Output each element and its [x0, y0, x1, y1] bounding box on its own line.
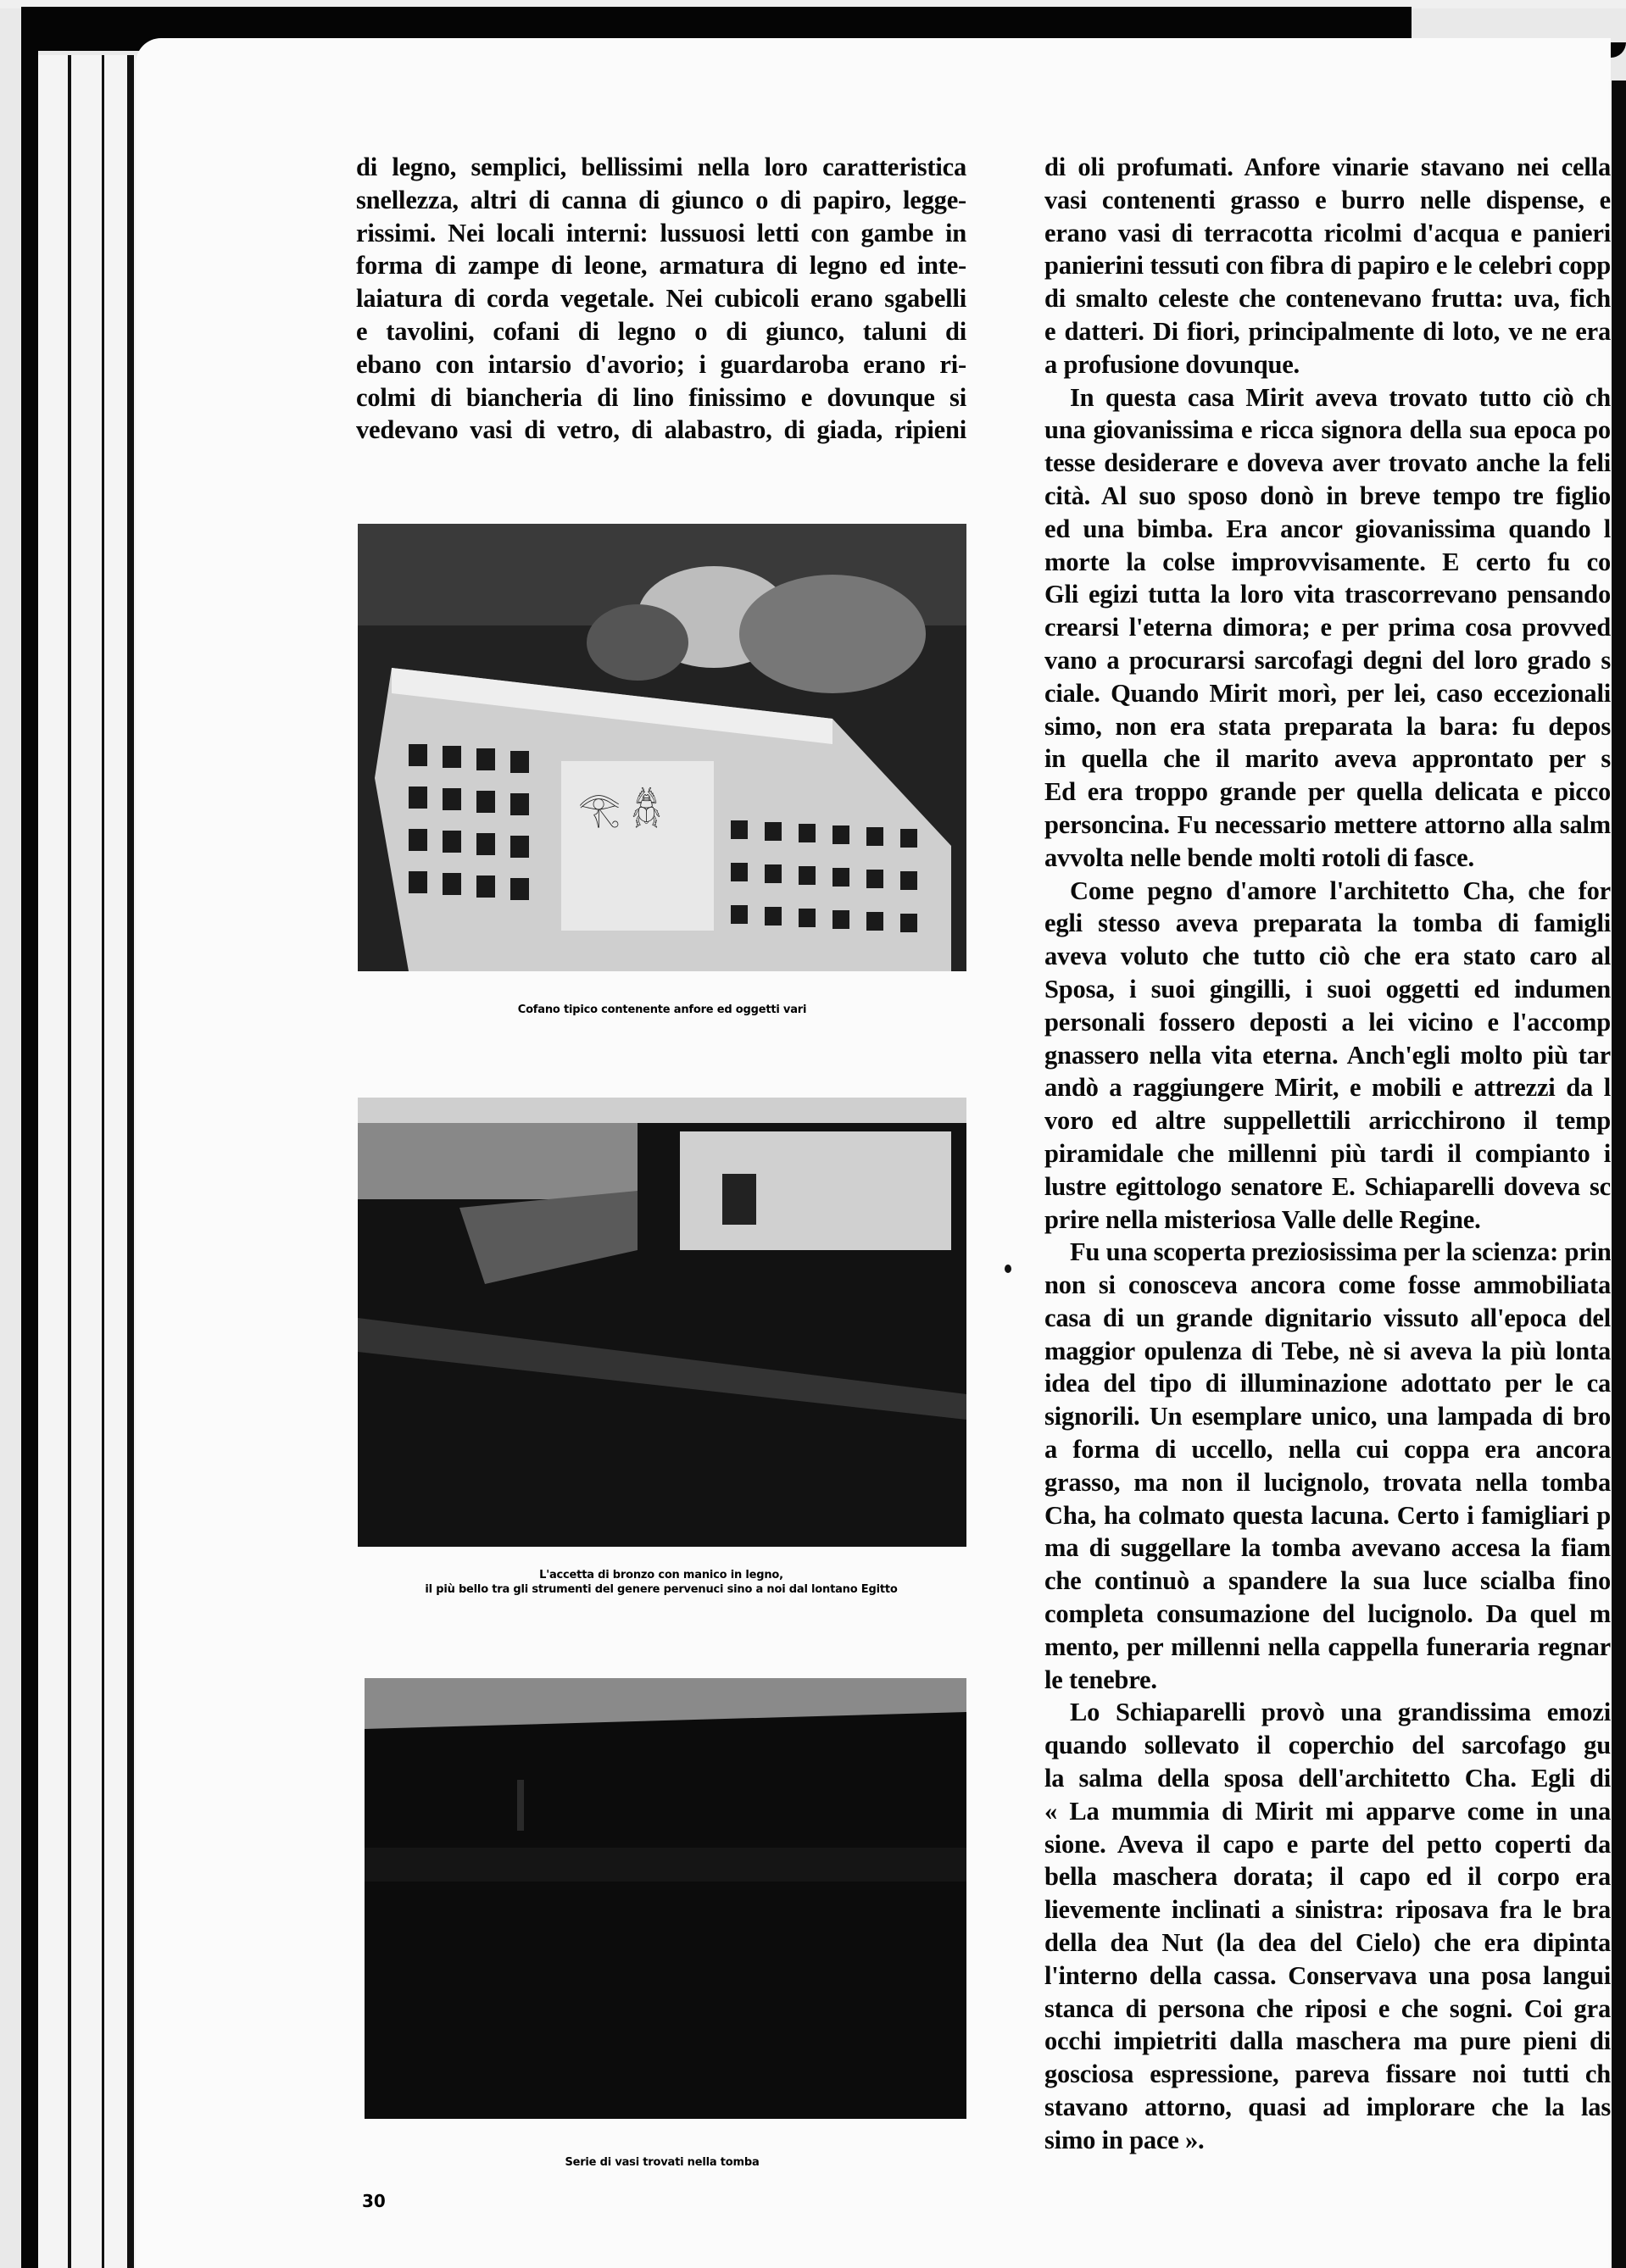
page-number: 30 — [362, 2191, 386, 2211]
text-line: grasso, ma non il lucignolo, trovata nel… — [1044, 1466, 1611, 1499]
text-line: di oli profumati. Anfore vinarie stavano… — [1044, 151, 1611, 184]
text-line: signorili. Un esemplare unico, una lampa… — [1044, 1400, 1611, 1433]
chest-photo-illustration: 𓂀 𓆣 — [358, 524, 966, 971]
book-page-edges — [38, 55, 136, 2268]
text-line: e datteri. Di fiori, principalmente di l… — [1044, 315, 1611, 348]
svg-text:𓂀 𓆣: 𓂀 𓆣 — [578, 787, 661, 829]
text-line: di legno, semplici, bellissimi nella lor… — [356, 151, 966, 184]
text-line: Fu una scoperta preziosissima per la sci… — [1044, 1236, 1611, 1269]
text-line: lievemente inclinati a sinistra: riposav… — [1044, 1893, 1611, 1926]
text-line: della dea Nut (la dea del Cielo) che era… — [1044, 1926, 1611, 1959]
text-line: panierini tessuti con fibra di papiro e … — [1044, 249, 1611, 282]
photo-chest-with-amphorae: 𓂀 𓆣 — [358, 524, 966, 971]
text-line: piramidale che millenni più tardi il com… — [1044, 1137, 1611, 1170]
text-line: voro ed altre suppellettili arricchirono… — [1044, 1104, 1611, 1137]
figure-caption-line: il più bello tra gli strumenti del gener… — [322, 1582, 1000, 1597]
text-line: completa consumazione del lucignolo. Da … — [1044, 1598, 1611, 1631]
text-line: aveva voluto che tutto ciò che era stato… — [1044, 940, 1611, 973]
text-line: vedevano vasi di vetro, di alabastro, di… — [356, 414, 966, 447]
text-line: a forma di uccello, nella cui coppa era … — [1044, 1433, 1611, 1466]
text-line: cità. Al suo sposo donò in breve tempo t… — [1044, 480, 1611, 513]
text-line: laiatura di corda vegetale. Nei cubicoli… — [356, 282, 966, 315]
text-line: « La mummia di Mirit mi apparve come in … — [1044, 1795, 1611, 1828]
text-line: gnassero nella vita eterna. Anch'egli mo… — [1044, 1039, 1611, 1072]
text-line: Lo Schiaparelli provò una grandissima em… — [1044, 1696, 1611, 1729]
text-line: lustre egittologo senatore E. Schiaparel… — [1044, 1170, 1611, 1203]
text-line: erano vasi di terracotta ricolmi d'acqua… — [1044, 217, 1611, 250]
text-line: mento, per millenni nella cappella funer… — [1044, 1631, 1611, 1664]
text-line: andò a raggiungere Mirit, e mobili e att… — [1044, 1071, 1611, 1104]
text-line: che continuò a spandere la sua luce scia… — [1044, 1565, 1611, 1598]
vases-photo-illustration — [365, 1678, 966, 2119]
text-line: Gli egizi tutta la loro vita trascorreva… — [1044, 578, 1611, 611]
text-line: personcina. Fu necessario mettere attorn… — [1044, 809, 1611, 842]
text-line: ma di suggellare la tomba avevano accesa… — [1044, 1531, 1611, 1565]
text-line: colmi di biancheria di lino finissimo e … — [356, 381, 966, 414]
text-line: ed una bimba. Era ancor giovanissima qua… — [1044, 513, 1611, 546]
text-line: quando sollevato il coperchio del sarcof… — [1044, 1729, 1611, 1762]
left-text-column: di legno, semplici, bellissimi nella lor… — [356, 151, 966, 447]
photo-vases-in-tomb — [365, 1678, 966, 2119]
text-line: gosciosa espressione, pareva fissare noi… — [1044, 2058, 1611, 2091]
text-line: in quella che il marito aveva approntato… — [1044, 742, 1611, 775]
scan-frame-left — [21, 7, 38, 2268]
text-line: forma di zampe di leone, armatura di leg… — [356, 249, 966, 282]
text-line: una giovanissima e ricca signora della s… — [1044, 414, 1611, 447]
figure-caption-line: L'accetta di bronzo con manico in legno, — [322, 1568, 1000, 1582]
text-line: occhi impietriti dalla maschera ma pure … — [1044, 2025, 1611, 2058]
figure-caption: Cofano tipico contenente anfore ed ogget… — [358, 1003, 966, 1016]
text-line: avvolta nelle bende molti rotoli di fasc… — [1044, 842, 1611, 875]
right-text-column: di oli profumati. Anfore vinarie stavano… — [1044, 151, 1611, 2157]
text-line: bella maschera dorata; il capo ed il cor… — [1044, 1860, 1611, 1893]
text-line: ebano con intarsio d'avorio; i guardarob… — [356, 348, 966, 381]
photo-bronze-axe — [358, 1098, 966, 1547]
text-line: prire nella misteriosa Valle delle Regin… — [1044, 1203, 1611, 1237]
page-edge-line — [68, 55, 71, 2268]
text-line: morte la colse improvvisamente. E certo … — [1044, 546, 1611, 579]
text-line: maggior opulenza di Tebe, nè si aveva la… — [1044, 1335, 1611, 1368]
text-line: e tavolini, cofani di legno o di giunco,… — [356, 315, 966, 348]
page-edge-line — [127, 55, 134, 2268]
text-line: Sposa, i suoi gingilli, i suoi oggetti e… — [1044, 973, 1611, 1006]
text-line: rissimi. Nei locali interni: lussuosi le… — [356, 217, 966, 250]
text-line: idea del tipo di illuminazione adottato … — [1044, 1367, 1611, 1400]
text-line: In questa casa Mirit aveva trovato tutto… — [1044, 381, 1611, 414]
text-line: non si conosceva ancora come fosse ammob… — [1044, 1269, 1611, 1302]
text-line: l'interno della cassa. Conservava una po… — [1044, 1959, 1611, 1993]
text-line: egli stesso aveva preparata la tomba di … — [1044, 907, 1611, 940]
text-line: ciale. Quando Mirit morì, per lei, caso … — [1044, 677, 1611, 710]
axe-photo-illustration — [358, 1098, 966, 1547]
text-line: crearsi l'eterna dimora; e per prima cos… — [1044, 611, 1611, 644]
text-line: vano a procurarsi sarcofagi degni del lo… — [1044, 644, 1611, 677]
figure-caption: L'accetta di bronzo con manico in legno,… — [322, 1568, 1000, 1597]
text-line: vasi contenenti grasso e burro nelle dis… — [1044, 184, 1611, 217]
margin-dot — [1005, 1265, 1011, 1273]
text-line: di smalto celeste che contenevano frutta… — [1044, 282, 1611, 315]
text-line: snellezza, altri di canna di giunco o di… — [356, 184, 966, 217]
text-line: simo in pace ». — [1044, 2124, 1611, 2157]
text-line: a profusione dovunque. — [1044, 348, 1611, 381]
figure-caption: Serie di vasi trovati nella tomba — [358, 2156, 966, 2169]
text-line: Cha, ha colmato questa lacuna. Certo i f… — [1044, 1499, 1611, 1532]
text-line: la salma della sposa dell'architetto Cha… — [1044, 1762, 1611, 1795]
text-line: simo, non era stata preparata la bara: f… — [1044, 710, 1611, 743]
page-edge-line — [102, 55, 104, 2268]
text-line: personali fossero deposti a lei vicino e… — [1044, 1006, 1611, 1039]
text-line: le tenebre. — [1044, 1664, 1611, 1697]
text-line: Come pegno d'amore l'architetto Cha, che… — [1044, 875, 1611, 908]
text-line: tesse desiderare e doveva aver trovato a… — [1044, 447, 1611, 480]
text-line: casa di un grande dignitario vissuto all… — [1044, 1302, 1611, 1335]
text-line: stanca di persona che riposi e che sogni… — [1044, 1993, 1611, 2026]
text-line: sione. Aveva il capo e parte del petto c… — [1044, 1828, 1611, 1861]
scan-frame-right — [1612, 81, 1626, 2268]
text-line: stavano attorno, quasi ad implorare che … — [1044, 2091, 1611, 2124]
text-line: Ed era troppo grande per quella delicata… — [1044, 775, 1611, 809]
